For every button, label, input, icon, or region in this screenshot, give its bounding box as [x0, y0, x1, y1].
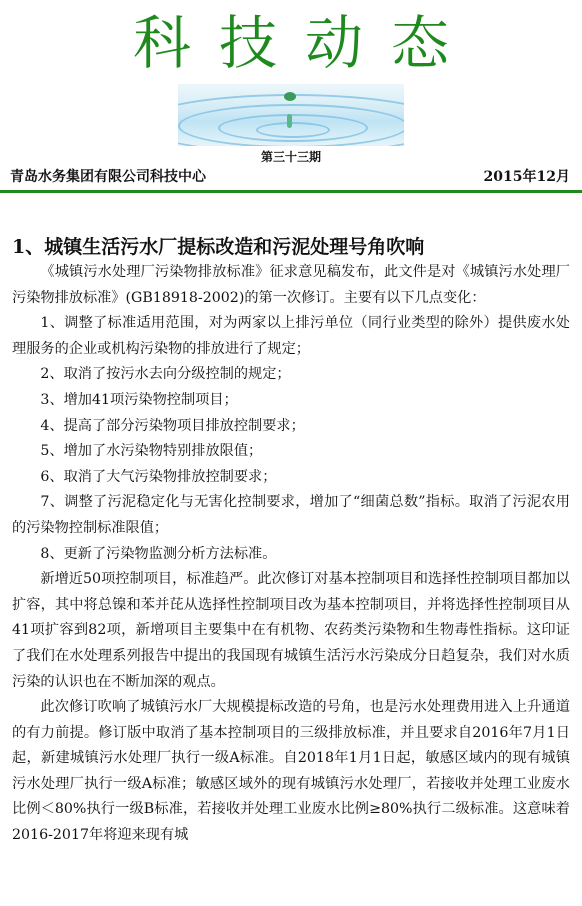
paragraph: 《城镇污水处理厂污染物排放标准》征求意见稿发布，此文件是对《城镇污水处理厂污染物… [12, 260, 570, 311]
ripple-ring [256, 122, 330, 138]
organization-name: 青岛水务集团有限公司科技中心 [10, 166, 206, 186]
water-ripple-banner-image [178, 84, 404, 146]
list-item: 1、调整了标准适用范围，对为两家以上排污单位（同行业类型的除外）提供废水处理服务… [12, 311, 570, 362]
list-item: 4、提高了部分污染物项目排放控制要求； [12, 414, 570, 440]
newsletter-title: 科技动态 [0, 8, 582, 78]
paragraph: 此次修订吹响了城镇污水厂大规模提标改造的号角，也是污水处理费用进入上升通道的有力… [12, 695, 570, 849]
list-item: 5、增加了水污染物特别排放限值； [12, 439, 570, 465]
article-body: 《城镇污水处理厂污染物排放标准》征求意见稿发布，此文件是对《城镇污水处理厂污染物… [12, 260, 570, 849]
publication-date: 2015年12月 [484, 166, 570, 186]
article-heading: 1、城镇生活污水厂提标改造和污泥处理号角吹响 [12, 232, 424, 259]
water-splash-icon [287, 114, 292, 128]
list-item: 7、调整了污泥稳定化与无害化控制要求，增加了“细菌总数”指标。取消了污泥农用的污… [12, 490, 570, 541]
header-divider [0, 190, 582, 193]
list-item: 3、增加41项污染物控制项目； [12, 388, 570, 414]
paragraph: 新增近50项控制项目，标准趋严。此次修订对基本控制项目和选择性控制项目都加以扩容… [12, 567, 570, 695]
list-item: 2、取消了按污水去向分级控制的规定； [12, 362, 570, 388]
logo-drop-icon [284, 92, 296, 101]
list-item: 8、更新了污染物监测分析方法标准。 [12, 542, 570, 568]
issue-number: 第三十三期 [0, 148, 582, 165]
list-item: 6、取消了大气污染物排放控制要求； [12, 465, 570, 491]
